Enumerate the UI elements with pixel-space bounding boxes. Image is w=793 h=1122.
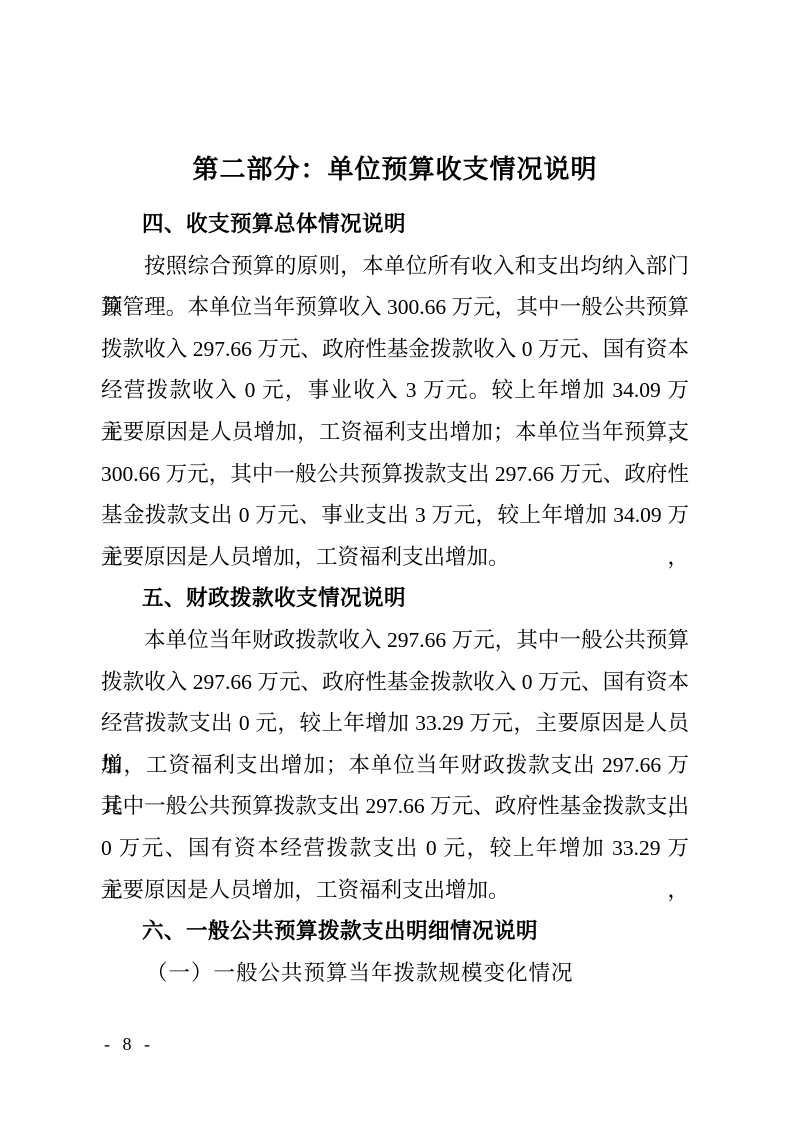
paragraph-line: 0 万元、国有资本经营拨款支出 0 元，较上年增加 33.29 万元， bbox=[101, 828, 689, 870]
document-title: 第二部分：单位预算收支情况说明 bbox=[101, 151, 689, 189]
paragraph-line: 经营拨款收入 0 元，事业收入 3 万元。较上年增加 34.09 万元， bbox=[101, 370, 689, 412]
section-heading-4: 四、收支预算总体情况说明 bbox=[101, 204, 689, 246]
document-content: 第二部分：单位预算收支情况说明 四、收支预算总体情况说明 按照综合预算的原则，本… bbox=[101, 0, 689, 994]
paragraph-line: 本单位当年财政拨款收入 297.66 万元，其中一般公共预算 bbox=[101, 620, 689, 662]
document-page: 第二部分：单位预算收支情况说明 四、收支预算总体情况说明 按照综合预算的原则，本… bbox=[0, 0, 793, 1122]
paragraph-line: 主要原因是人员增加，工资福利支出增加；本单位当年预算支 bbox=[101, 412, 689, 454]
paragraph-line: 其中一般公共预算拨款支出 297.66 万元、政府性基金拨款支出 bbox=[101, 786, 689, 828]
paragraph-line: 按照综合预算的原则，本单位所有收入和支出均纳入部门预 bbox=[101, 246, 689, 288]
page-number: - 8 - bbox=[104, 1034, 154, 1055]
paragraph-line: 基金拨款支出 0 万元、事业支出 3 万元，较上年增加 34.09 万元， bbox=[101, 495, 689, 537]
paragraph-line: 算管理。本单位当年预算收入 300.66 万元，其中一般公共预算 bbox=[101, 287, 689, 329]
section-heading-6: 六、一般公共预算拨款支出明细情况说明 bbox=[101, 911, 689, 953]
paragraph-line: 拨款收入 297.66 万元、政府性基金拨款收入 0 万元、国有资本 bbox=[101, 662, 689, 704]
section-heading-5: 五、财政拨款收支情况说明 bbox=[101, 578, 689, 620]
paragraph-line: 拨款收入 297.66 万元、政府性基金拨款收入 0 万元、国有资本 bbox=[101, 329, 689, 371]
paragraph-line: 300.66 万元，其中一般公共预算拨款支出 297.66 万元、政府性 bbox=[101, 454, 689, 496]
section-subheading-6-1: （一）一般公共预算当年拨款规模变化情况 bbox=[101, 953, 689, 995]
paragraph-line: 经营拨款支出 0 元，较上年增加 33.29 万元，主要原因是人员增 bbox=[101, 703, 689, 745]
paragraph-line: 加，工资福利支出增加；本单位当年财政拨款支出 297.66 万元， bbox=[101, 745, 689, 787]
